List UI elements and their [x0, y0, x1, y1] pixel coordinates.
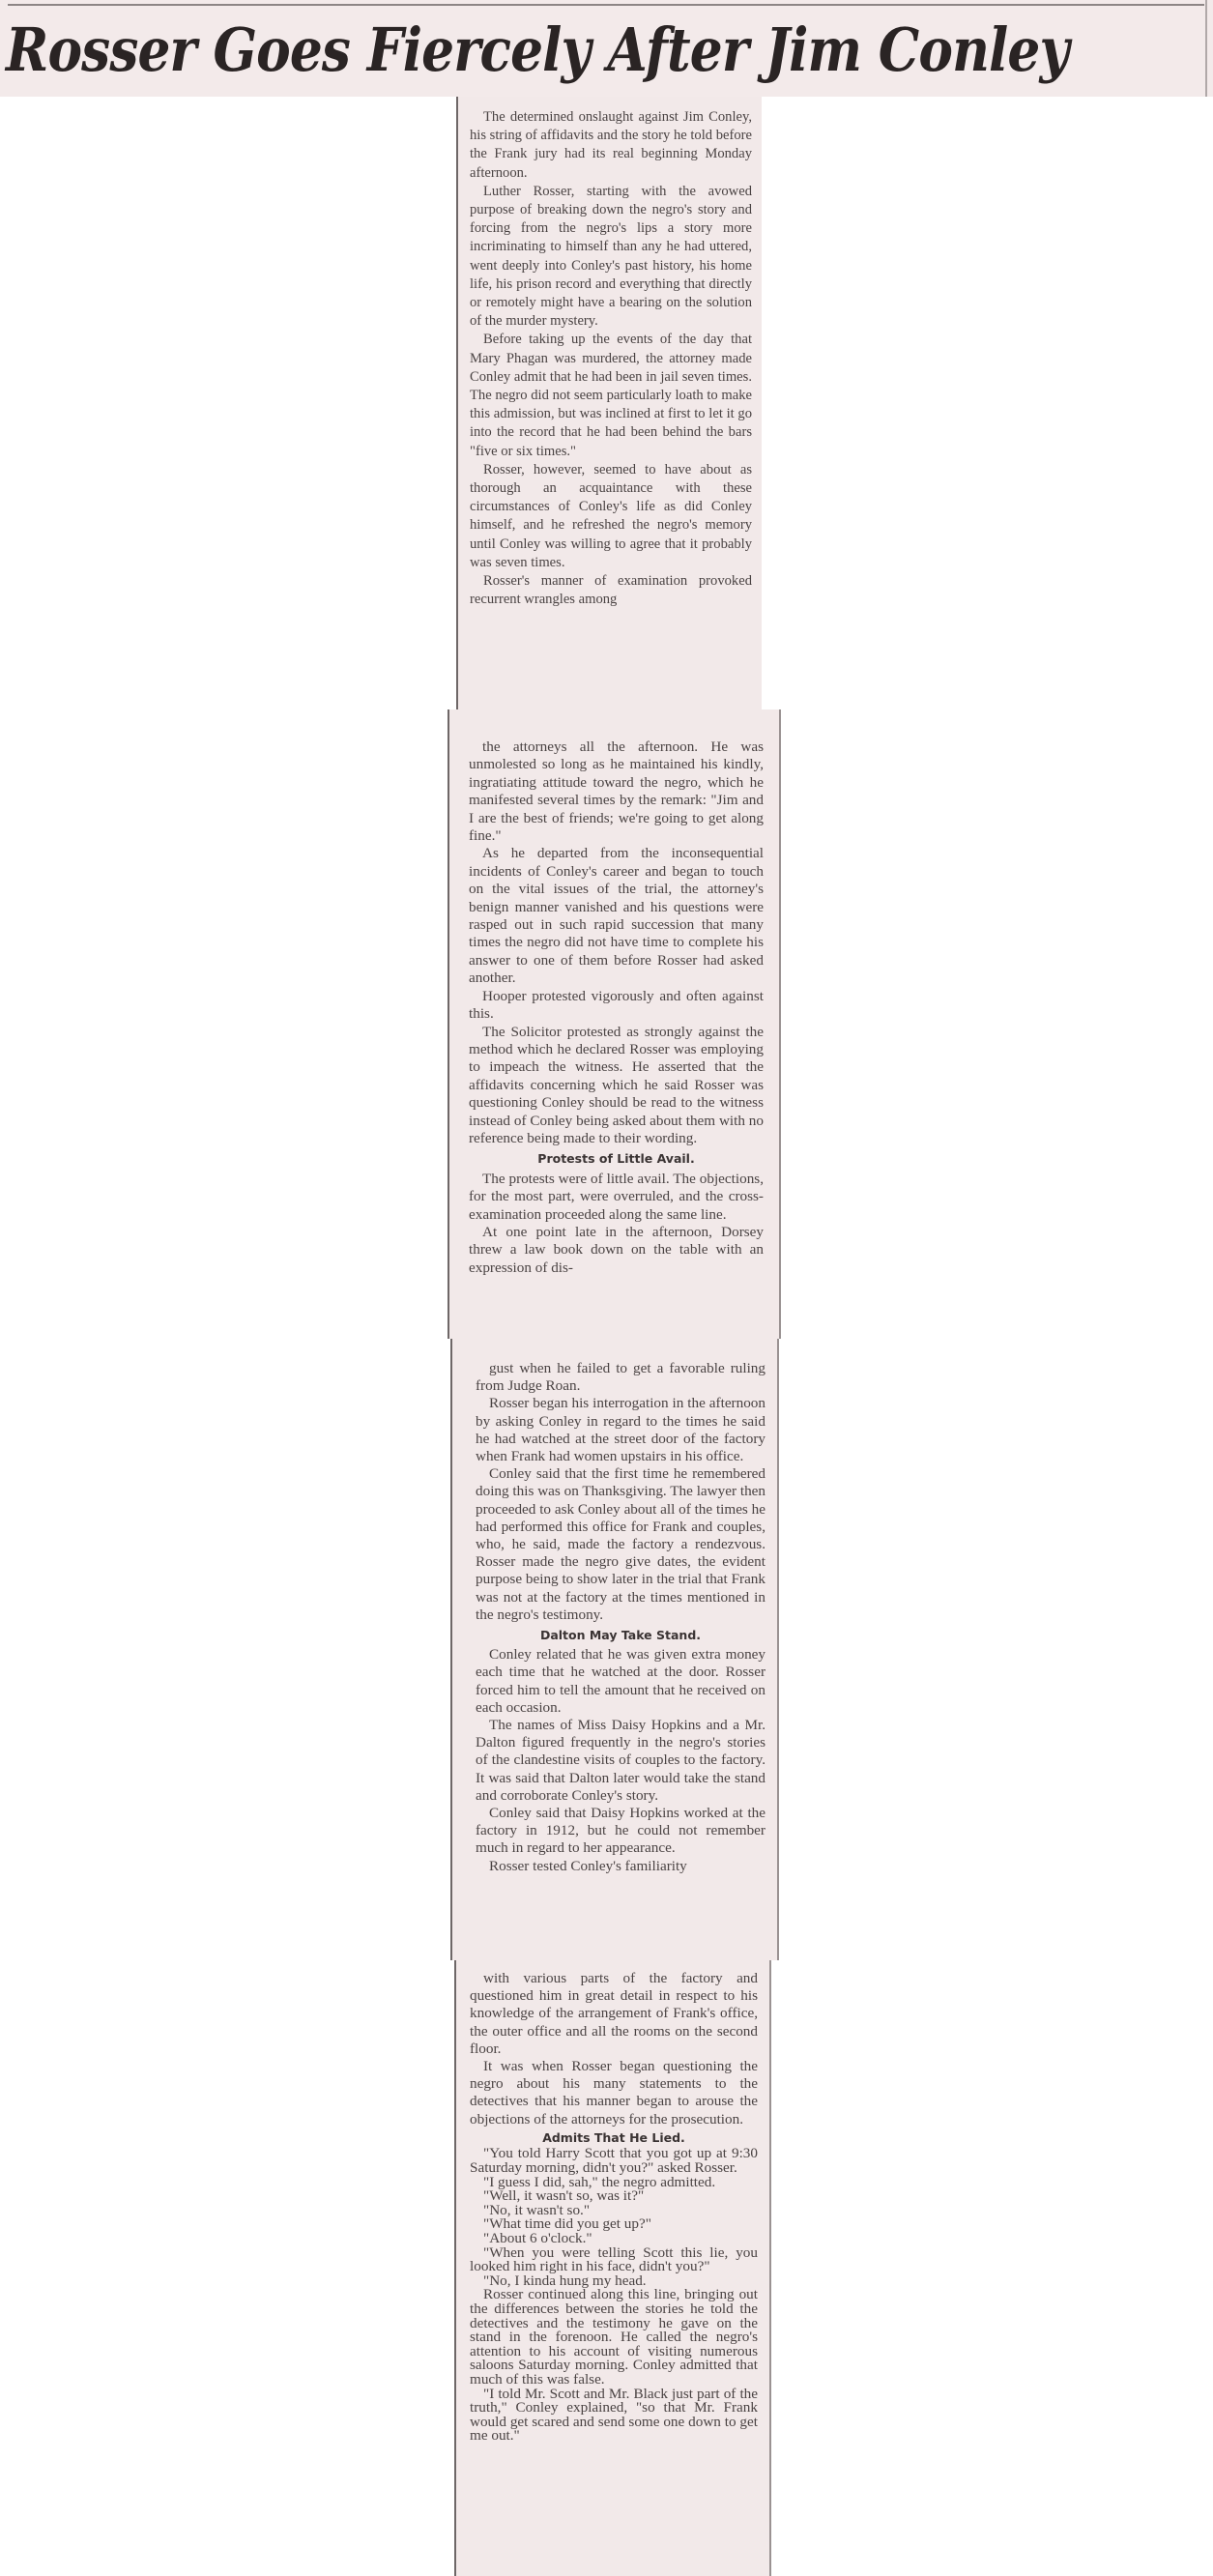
column-segment-4: with various parts of the factory and qu…: [454, 1960, 771, 2576]
column-rule-right: [779, 709, 781, 1339]
paragraph: The names of Miss Daisy Hopkins and a Mr…: [476, 1717, 765, 1805]
subheading: Admits That He Lied.: [470, 2131, 758, 2146]
column-segment-2: the attorneys all the afternoon. He was …: [448, 709, 781, 1339]
intro-body: with various parts of the factory and qu…: [470, 1970, 758, 2128]
headline: Rosser Goes Fiercely After Jim Conley: [6, 14, 1041, 87]
paragraph: with various parts of the factory and qu…: [470, 1970, 758, 2058]
paragraph: Rosser continued along this line, bringi…: [470, 2288, 758, 2387]
paragraph: Conley said that the first time he remem…: [476, 1465, 765, 1624]
paragraph: At one point late in the afternoon, Dors…: [469, 1224, 764, 1277]
right-rule: [1205, 0, 1207, 97]
paragraph: The determined onslaught against Jim Con…: [470, 108, 752, 183]
paragraph: "When you were telling Scott this lie, y…: [470, 2246, 758, 2274]
subheading: Dalton May Take Stand.: [476, 1627, 765, 1644]
paragraph: The protests were of little avail. The o…: [469, 1171, 764, 1224]
column-rule-left: [456, 97, 458, 709]
paragraph: gust when he failed to get a favorable r…: [476, 1360, 765, 1395]
paragraph: Hooper protested vigorously and often ag…: [469, 988, 764, 1024]
paragraph: Rosser tested Conley's familiarity: [476, 1858, 765, 1875]
paragraph: the attorneys all the afternoon. He was …: [469, 738, 764, 845]
column-rule-left: [450, 1339, 452, 1960]
paragraph: Luther Rosser, starting with the avowed …: [470, 183, 752, 332]
column-rule-right: [777, 1339, 779, 1960]
paragraph: "I told Mr. Scott and Mr. Black just par…: [470, 2388, 758, 2444]
top-rule: [8, 4, 1204, 6]
paragraph: "You told Harry Scott that you got up at…: [470, 2147, 758, 2175]
paragraph: Conley related that he was given extra m…: [476, 1646, 765, 1717]
column-segment-1: The determined onslaught against Jim Con…: [456, 97, 762, 709]
column-rule-left: [448, 709, 449, 1339]
column-rule-left: [454, 1960, 456, 2576]
paragraph: Rosser's manner of examination provoked …: [470, 572, 752, 609]
paragraph: As he departed from the inconsequential …: [469, 845, 764, 987]
column-segment-3: gust when he failed to get a favorable r…: [450, 1339, 779, 1960]
paragraph: Conley said that Daisy Hopkins worked at…: [476, 1805, 765, 1858]
subsection-body: Conley related that he was given extra m…: [476, 1646, 765, 1875]
subheading: Protests of Little Avail.: [469, 1150, 764, 1168]
column-rule-right: [769, 1960, 771, 2576]
paragraph: Rosser, however, seemed to have about as…: [470, 461, 752, 572]
paragraph: The Solicitor protested as strongly agai…: [469, 1024, 764, 1148]
paragraph: It was when Rosser began questioning the…: [470, 2058, 758, 2128]
paragraph: Before taking up the events of the day t…: [470, 331, 752, 460]
headline-band: Rosser Goes Fiercely After Jim Conley: [0, 0, 1213, 97]
paragraph: Rosser began his interrogation in the af…: [476, 1395, 765, 1465]
